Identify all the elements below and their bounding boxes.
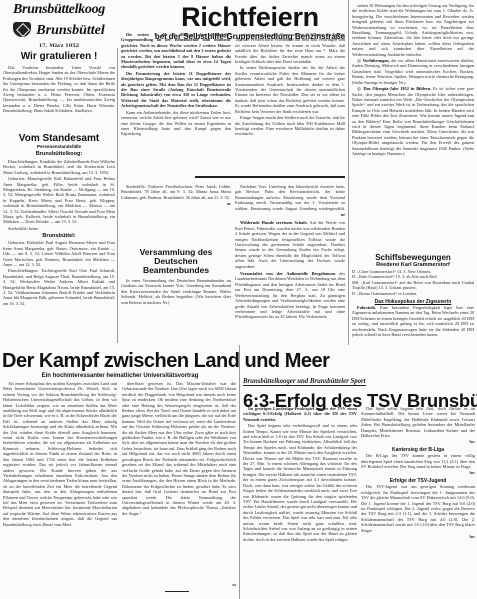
births: Geburten: Maurergeselle Rolf Bahrenfeld … (3, 176, 115, 225)
place-heading: Brunsbüttel: (3, 233, 115, 239)
paragraph: überflutet gewesen ist. Das Miozän-Zeita… (122, 381, 236, 516)
section-label: Brunsbüttelkooger und Brunsbütteler Spor… (243, 378, 366, 386)
article-title: Wir gratulieren ! (3, 51, 115, 62)
lead: Veranstaltet von der Außenstelle Bergeha… (240, 271, 335, 276)
article-title: Vom Standesamt (3, 133, 115, 144)
paragraph: aufnahm und gewann. Heute sind es 40 Män… (235, 32, 345, 64)
richtfeiern-col2: aufnahm und gewann. Heute sind es 40 Män… (235, 32, 345, 138)
article-body: Das Vorabitur bestanden. Unter Vorsitz v… (3, 65, 115, 114)
right-column: stehen 30 Wohnungen für den sofortigen U… (352, 3, 474, 157)
kampf-col1: Als einen Schauplatz des uralten Kampfes… (3, 381, 117, 595)
masthead-title-bruns: Brunsbüttel (36, 23, 104, 38)
paragraph: Die TSV-Jugend war am gestrigen Sonntag … (361, 484, 475, 533)
masthead: Brunsbüttelkoog Brunsbüttel 17. März 195… (0, 2, 118, 49)
place-heading: Brunsbüttelkoog: (3, 151, 115, 157)
article-title: Versammlung des Deutschen Beamtenbundes (121, 248, 231, 275)
marriages: Eheschließungen: Kandidat der Zahnheilku… (3, 159, 115, 175)
article-beamtenbund: Versammlung des Deutschen Beamtenbundes … (121, 248, 231, 306)
news-hunde: Wildernde Hunde zerrissen Schafe. Auf de… (235, 220, 345, 269)
news-vorfuehrungen: ◎ Vorführungen, die vor allem Hausfrauen… (352, 58, 474, 85)
title-line: Deutschen Beamtenbundes (121, 257, 231, 275)
article-title: Schiffsbewegungen (352, 253, 474, 262)
article-subtitle: Personenstandsfälle (3, 144, 115, 149)
article-kampf-header: Der Kampf zwischen Land und Meer Ein hoc… (2, 350, 238, 379)
deaths: Sterbefälle: keine. (3, 226, 115, 231)
signature: ne (235, 212, 345, 217)
ship-line: D. „Bruno Grammerstorf“ in London. (352, 291, 474, 296)
signature: hw (361, 439, 475, 444)
kampf-col2: überflutet gewesen ist. Das Miozän-Zeita… (122, 381, 236, 581)
paragraph: In seiner Richtansprache dankte der für … (235, 65, 345, 114)
paragraph: stehen 30 Wohnungen für den sofortigen U… (352, 3, 474, 57)
paragraph: Die Finanzierung der letzten 11 Doppelhä… (121, 71, 231, 109)
signature: hw (361, 534, 475, 539)
paragraph: In einer Versammlung des Deutschen Beamt… (121, 278, 231, 305)
lead: Vorführungen, (363, 58, 390, 63)
article-subtitle: Reederei Karl Grammerstorf (352, 262, 474, 268)
signature: ar (121, 201, 231, 206)
marriages-continued: Sterbefälle: Früherer Friedhofswärter Pe… (121, 184, 231, 200)
lead: Fahrstedt. (357, 305, 376, 310)
article-standesamt: Vom Standesamt Personenstandsfälle Bruns… (3, 133, 115, 307)
paragraph: Nachdem Vors. Unterberg den Jahresberich… (235, 184, 345, 211)
coat-of-arms-icon (13, 22, 31, 37)
richtfeiern-col1: Die ersten 3 der 8 Häuser der Selbsthilf… (121, 32, 231, 138)
article-title: Der Kampf zwischen Land und Meer (2, 350, 238, 373)
masthead-title-koog: Brunsbüttelkoog (0, 2, 118, 18)
births: Geburten: Elektriker Paul August Hermann… (3, 240, 115, 267)
issue-date: 17. März 1952 (0, 43, 118, 49)
standesamt-continued: Sterbefälle: Früherer Friedhofswärter Pe… (121, 184, 231, 207)
article-title: Richtfeiern (120, 2, 380, 33)
lead: Wildernde Hunde zerrissen Schafe. (240, 220, 308, 225)
sport-col2: Das Spiel selbst begann sehr flott, doch… (361, 406, 475, 539)
paragraph: Fahrstedt. Eine besondere Fingerfertigke… (352, 305, 474, 337)
body: Eine besondere Fingerfertigkeit legte hi… (352, 305, 474, 337)
news-olympia: ◎ Das Olympia-Jahr 1952 in Bildern. Es i… (352, 86, 474, 156)
paragraph: Die ersten 3 der 8 Häuser der Selbsthilf… (121, 32, 231, 70)
article-gratulieren: Wir gratulieren ! Das Vorabitur bestande… (3, 51, 115, 115)
signature: sz (200, 582, 236, 587)
paragraph: Das Spiel begann sehr verheißungsvoll un… (243, 423, 357, 542)
lead: Das Olympia-Jahr 1952 in Bildern. (364, 86, 432, 91)
sport-col1: Im gestrigen Landesliga-Punktspiel konnt… (243, 406, 357, 596)
paragraph: Kann ein Außenstehender, der diese nücht… (121, 110, 231, 137)
body: Auf der Weide von Karl Peters, Fährstraß… (235, 220, 345, 268)
signature: hw (361, 470, 475, 475)
body: des Landesarbeitsamts Nordrhein-Westfale… (235, 271, 345, 319)
article-subtitle: Ein hochinteressanter heimatlicher Unive… (2, 373, 238, 379)
paragraph: Einige Sorgen macht den Siedlern noch di… (235, 115, 345, 137)
paragraph: Das Spiel selbst begann sehr flott, doch… (361, 406, 475, 438)
ship-line: MS. „Karl Grammerstorf“ auf der Reise vo… (352, 280, 474, 291)
paragraph: Die B-Liga des TSV konnte gestern in ein… (361, 453, 475, 469)
divider (195, 176, 345, 178)
paragraph: Als einen Schauplatz des uralten Kampfes… (3, 381, 117, 527)
news-aussenstelle: Veranstaltet von der Außenstelle Bergeha… (235, 271, 345, 320)
body: Es ist sicher eine gute Sache, den junge… (352, 86, 474, 156)
beamtenbund-continued: Nachdem Vors. Unterberg den Jahresberich… (235, 184, 345, 321)
divider (165, 591, 189, 592)
article-schiffsbewegungen: Schiffsbewegungen Reederei Karl Grammers… (352, 253, 474, 338)
intro: Im gestrigen Landesliga-Punktspiel konnt… (243, 406, 357, 422)
marriages: Eheschließungen: Tischlergeselle Karl Ot… (3, 268, 115, 306)
